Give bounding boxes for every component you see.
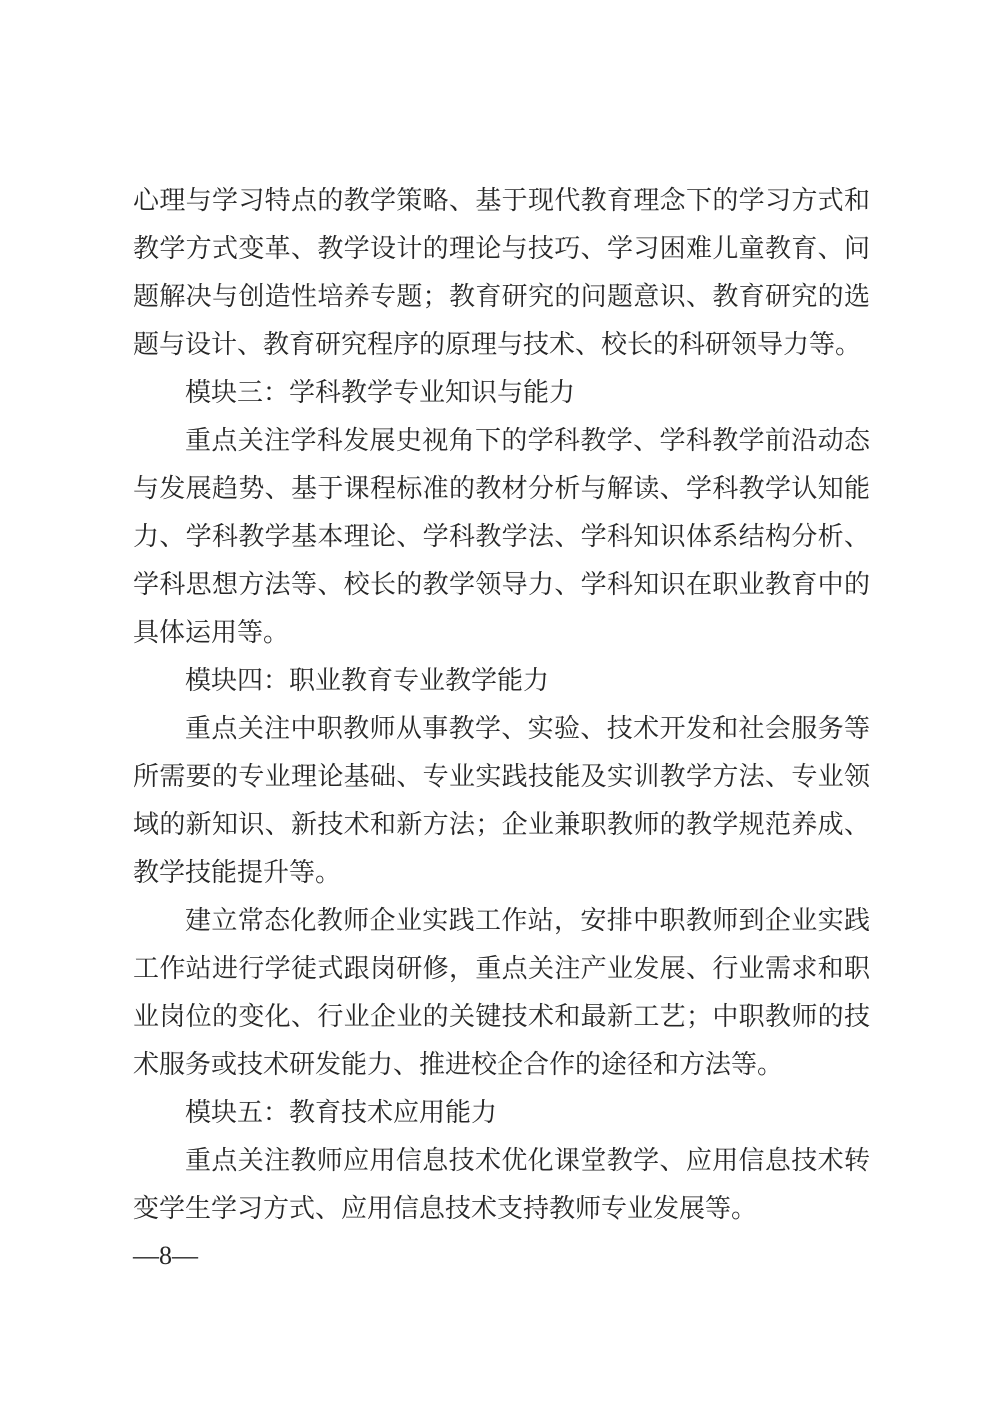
module-5-heading: 模块五：教育技术应用能力 (133, 1089, 870, 1137)
module-3-body: 重点关注学科发展史视角下的学科教学、学科教学前沿动态与发展趋势、基于课程标准的教… (133, 417, 870, 657)
module-3-heading: 模块三：学科教学专业知识与能力 (133, 369, 870, 417)
document-page: 心理与学习特点的教学策略、基于现代教育理念下的学习方式和教学方式变革、教学设计的… (0, 0, 993, 1404)
page-number: —8— (133, 1232, 198, 1280)
module-5-body: 重点关注教师应用信息技术优化课堂教学、应用信息技术转变学生学习方式、应用信息技术… (133, 1137, 870, 1233)
module-4-practice-body: 建立常态化教师企业实践工作站，安排中职教师到企业实践工作站进行学徒式跟岗研修，重… (133, 897, 870, 1089)
text-block: 心理与学习特点的教学策略、基于现代教育理念下的学习方式和教学方式变革、教学设计的… (133, 177, 870, 1233)
module-4-heading: 模块四：职业教育专业教学能力 (133, 657, 870, 705)
paragraph-continuation: 心理与学习特点的教学策略、基于现代教育理念下的学习方式和教学方式变革、教学设计的… (133, 177, 870, 369)
module-4-body: 重点关注中职教师从事教学、实验、技术开发和社会服务等所需要的专业理论基础、专业实… (133, 705, 870, 897)
